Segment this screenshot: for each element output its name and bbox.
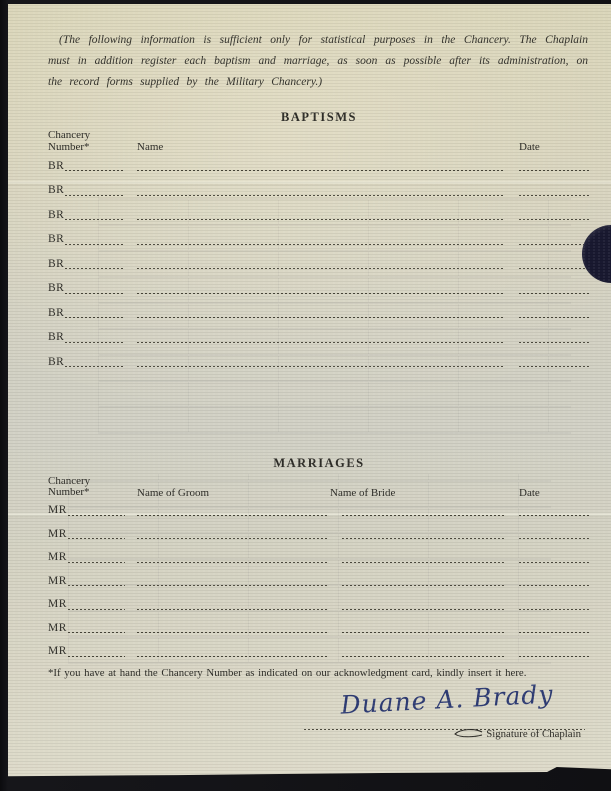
name-blank bbox=[137, 311, 505, 319]
baptism-chancery-number-field: BR bbox=[48, 283, 125, 294]
marriage-record-prefix: MR bbox=[48, 623, 67, 634]
date-blank bbox=[519, 532, 590, 540]
date-blank bbox=[519, 311, 590, 319]
marriages-section-title: MARRIAGES bbox=[48, 456, 590, 471]
chancery-number-blank bbox=[68, 508, 125, 516]
signature-block: Duane A. Brady Signature of Chaplain bbox=[304, 691, 585, 743]
name-blank bbox=[137, 262, 505, 270]
marriage-record-prefix: MR bbox=[48, 505, 67, 516]
marriage-record-prefix: MR bbox=[48, 529, 67, 540]
baptism-row: BR bbox=[48, 343, 590, 368]
chancery-number-blank bbox=[65, 262, 125, 270]
bride-name-blank bbox=[342, 508, 506, 516]
baptisms-column-headers: Chancery Number* Name Date bbox=[48, 130, 590, 153]
marriage-record-prefix: MR bbox=[48, 552, 67, 563]
bride-name-blank bbox=[342, 532, 506, 540]
marriage-row: MR bbox=[48, 563, 590, 587]
baptism-chancery-number-field: BR bbox=[48, 234, 125, 245]
baptism-row: BR bbox=[48, 221, 590, 246]
baptism-record-prefix: BR bbox=[48, 161, 64, 172]
marriage-chancery-number-field: MR bbox=[48, 505, 125, 516]
chancery-number-blank bbox=[65, 237, 125, 245]
date-column-header: Date bbox=[516, 141, 590, 153]
baptism-record-prefix: BR bbox=[48, 259, 64, 270]
marriage-row: MR bbox=[48, 540, 590, 564]
date-blank bbox=[519, 213, 590, 221]
marriage-chancery-number-field: MR bbox=[48, 576, 125, 587]
marriage-row: MR bbox=[48, 610, 590, 634]
bride-name-blank bbox=[342, 626, 506, 634]
date-blank bbox=[519, 626, 590, 634]
name-blank bbox=[137, 213, 505, 221]
marriage-row: MR bbox=[48, 516, 590, 540]
marriage-chancery-number-field: MR bbox=[48, 646, 125, 657]
baptism-row: BR bbox=[48, 294, 590, 319]
instructions-paragraph: (The following information is sufficient… bbox=[48, 30, 590, 93]
chancery-number-blank bbox=[65, 335, 125, 343]
marriage-record-prefix: MR bbox=[48, 599, 67, 610]
baptism-record-prefix: BR bbox=[48, 283, 64, 294]
name-column-header: Name bbox=[137, 141, 516, 153]
date-blank bbox=[519, 360, 590, 368]
chancery-number-column-header: Chancery Number* bbox=[48, 476, 137, 499]
chancery-number-blank bbox=[68, 602, 125, 610]
marriages-column-headers: Chancery Number* Name of Groom Name of B… bbox=[48, 476, 590, 499]
date-column-header: Date bbox=[516, 487, 590, 499]
bride-name-blank bbox=[342, 579, 506, 587]
date-blank bbox=[519, 164, 590, 172]
name-blank bbox=[137, 237, 505, 245]
date-blank bbox=[519, 237, 590, 245]
groom-name-blank bbox=[137, 602, 329, 610]
groom-column-header: Name of Groom bbox=[137, 487, 342, 499]
baptism-record-prefix: BR bbox=[48, 185, 64, 196]
baptism-row: BR bbox=[48, 245, 590, 270]
date-blank bbox=[519, 579, 590, 587]
date-blank bbox=[519, 555, 590, 563]
date-blank bbox=[519, 602, 590, 610]
marriage-chancery-number-field: MR bbox=[48, 529, 125, 540]
marriage-chancery-number-field: MR bbox=[48, 552, 125, 563]
form-content: (The following information is sufficient… bbox=[48, 4, 590, 743]
chancery-number-column-header: Chancery Number* bbox=[48, 130, 137, 153]
groom-name-blank bbox=[137, 626, 329, 634]
bride-column-header: Name of Bride bbox=[342, 487, 516, 499]
baptism-chancery-number-field: BR bbox=[48, 357, 125, 368]
marriage-row: MR bbox=[48, 587, 590, 611]
groom-name-blank bbox=[137, 508, 329, 516]
chancery-number-blank bbox=[68, 626, 125, 634]
marriage-chancery-number-field: MR bbox=[48, 599, 125, 610]
baptism-record-prefix: BR bbox=[48, 308, 64, 319]
chancery-number-blank bbox=[65, 213, 125, 221]
date-blank bbox=[519, 262, 590, 270]
chancery-number-blank bbox=[65, 311, 125, 319]
name-blank bbox=[137, 164, 505, 172]
marriage-row: MR bbox=[48, 634, 590, 658]
groom-name-blank bbox=[137, 555, 329, 563]
bride-name-blank bbox=[342, 649, 506, 657]
date-blank bbox=[519, 508, 590, 516]
baptism-chancery-number-field: BR bbox=[48, 161, 125, 172]
chancery-number-footnote: *If you have at hand the Chancery Number… bbox=[48, 667, 590, 679]
baptism-record-prefix: BR bbox=[48, 357, 64, 368]
baptism-chancery-number-field: BR bbox=[48, 332, 125, 343]
chancery-number-blank bbox=[68, 579, 125, 587]
name-blank bbox=[137, 335, 505, 343]
marriage-record-prefix: MR bbox=[48, 576, 67, 587]
date-blank bbox=[519, 188, 590, 196]
groom-name-blank bbox=[137, 649, 329, 657]
baptism-chancery-number-field: BR bbox=[48, 210, 125, 221]
name-blank bbox=[137, 188, 505, 196]
marriage-chancery-number-field: MR bbox=[48, 623, 125, 634]
groom-name-blank bbox=[137, 532, 329, 540]
date-blank bbox=[519, 649, 590, 657]
chancery-number-blank bbox=[65, 164, 125, 172]
chancery-number-blank bbox=[65, 360, 125, 368]
baptism-chancery-number-field: BR bbox=[48, 185, 125, 196]
date-blank bbox=[519, 335, 590, 343]
baptism-chancery-number-field: BR bbox=[48, 259, 125, 270]
chancery-number-blank bbox=[65, 188, 125, 196]
baptism-row: BR bbox=[48, 319, 590, 344]
chancery-number-blank bbox=[68, 649, 125, 657]
baptisms-rows: BR BR BR bbox=[48, 147, 590, 368]
scanned-form-page: (The following information is sufficient… bbox=[8, 4, 611, 777]
name-blank bbox=[137, 286, 505, 294]
chancery-number-blank bbox=[65, 286, 125, 294]
baptism-record-prefix: BR bbox=[48, 234, 64, 245]
name-blank bbox=[137, 360, 505, 368]
marriages-rows: MR MR MR bbox=[48, 493, 590, 658]
baptism-record-prefix: BR bbox=[48, 210, 64, 221]
baptism-row: BR bbox=[48, 196, 590, 221]
baptism-record-prefix: BR bbox=[48, 332, 64, 343]
baptism-row: BR bbox=[48, 172, 590, 197]
signature-caption: Signature of Chaplain bbox=[453, 728, 581, 740]
bride-name-blank bbox=[342, 555, 506, 563]
date-blank bbox=[519, 286, 590, 294]
baptism-row: BR bbox=[48, 270, 590, 295]
baptisms-section-title: BAPTISMS bbox=[48, 110, 590, 125]
chaplain-signature: Duane A. Brady bbox=[331, 679, 562, 720]
marriage-record-prefix: MR bbox=[48, 646, 67, 657]
groom-name-blank bbox=[137, 579, 329, 587]
baptism-chancery-number-field: BR bbox=[48, 308, 125, 319]
chancery-number-blank bbox=[68, 555, 125, 563]
signature-swash-icon bbox=[453, 729, 483, 739]
chancery-number-blank bbox=[68, 532, 125, 540]
bride-name-blank bbox=[342, 602, 506, 610]
